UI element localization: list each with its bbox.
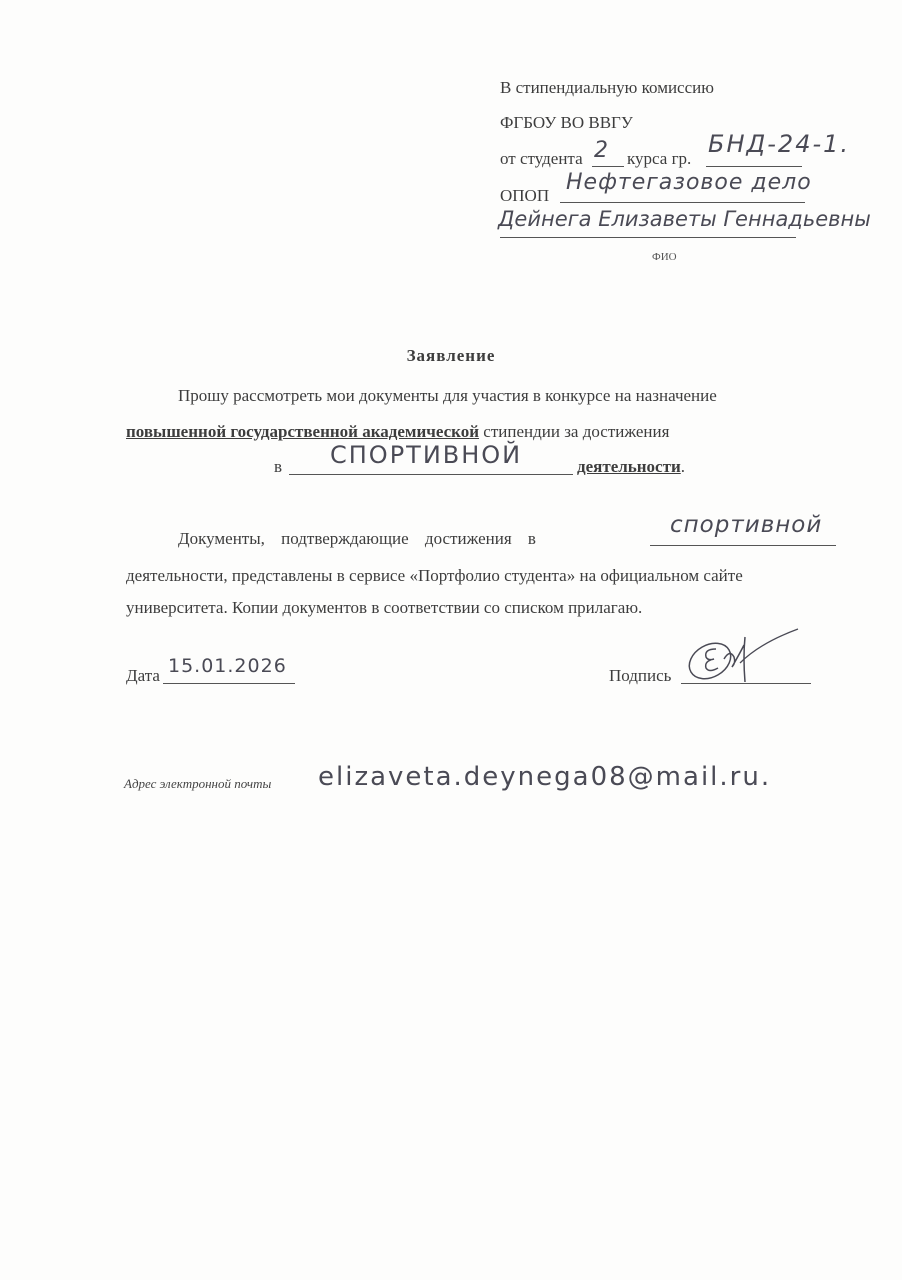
date-label: Дата xyxy=(126,666,160,686)
paragraph1-in: в xyxy=(274,457,282,477)
course-field[interactable]: 2 xyxy=(594,138,608,163)
fullname-field-line xyxy=(500,237,796,238)
paragraph2-activity-field[interactable]: спортивной xyxy=(670,512,822,538)
date-field-line xyxy=(163,683,295,684)
date-field[interactable]: 15.01.2026 xyxy=(168,655,287,677)
email-field[interactable]: elizaveta.deynega08@mail.ru. xyxy=(318,762,771,792)
activity-word: деятельности xyxy=(577,457,681,476)
fullname-field[interactable]: Дейнега Елизаветы Геннадьевны xyxy=(498,207,871,231)
activity-field[interactable]: СПОРТИВНОЙ xyxy=(330,441,522,469)
activity-field-line xyxy=(289,474,573,475)
paragraph2-activity-line xyxy=(650,545,836,546)
course-field-line xyxy=(592,166,624,167)
fullname-caption: ФИО xyxy=(652,251,677,263)
scholarship-type: повышенной государственной академической xyxy=(126,422,479,441)
paragraph2-line2: деятельности, представлены в сервисе «По… xyxy=(126,566,743,586)
program-label: ОПОП xyxy=(500,186,549,206)
signature-icon xyxy=(680,625,810,687)
paragraph2-line3: университета. Копии документов в соответ… xyxy=(126,598,642,618)
period: . xyxy=(681,457,685,476)
recipient-committee: В стипендиальную комиссию xyxy=(500,78,714,98)
email-label: Адрес электронной почты xyxy=(124,776,271,792)
recipient-organization: ФГБОУ ВО ВВГУ xyxy=(500,113,633,133)
paragraph1-line2: повышенной государственной академической… xyxy=(126,422,669,442)
paragraph2-line1: Документы, подтверждающие достижения в xyxy=(178,529,536,549)
signature-label: Подпись xyxy=(609,666,671,686)
program-field[interactable]: Нефтегазовое дело xyxy=(566,170,812,195)
course-group-label: курса гр. xyxy=(627,149,691,169)
group-field[interactable]: БНД-24-1. xyxy=(708,130,850,158)
document-title: Заявление xyxy=(0,346,902,366)
group-field-line xyxy=(706,166,802,167)
from-student-label: от студента xyxy=(500,149,583,169)
program-field-line xyxy=(560,202,805,203)
paragraph1-end: деятельности. xyxy=(577,457,685,477)
paragraph1-line2-rest: стипендии за достижения xyxy=(483,422,669,441)
paragraph1-line1: Прошу рассмотреть мои документы для учас… xyxy=(178,386,717,406)
